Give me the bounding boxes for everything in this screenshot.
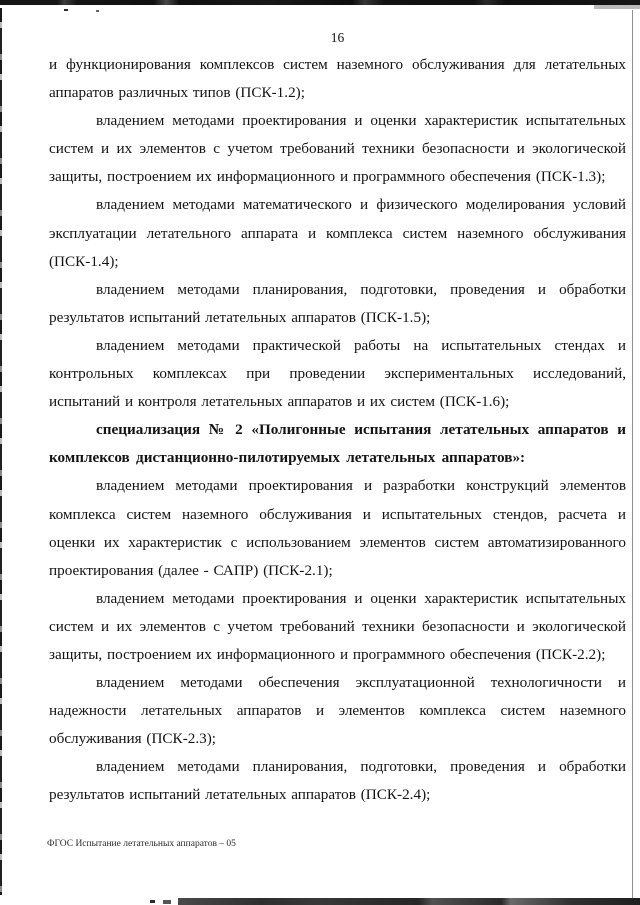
scan-edge-right xyxy=(632,10,634,905)
document-body: и функционирования комплексов систем наз… xyxy=(49,51,626,810)
paragraph-psk-2-2: владением методами проектирования и оцен… xyxy=(49,585,626,669)
paragraph-psk-2-3: владением методами обеспечения эксплуата… xyxy=(49,669,626,753)
scan-edge-top-right xyxy=(594,5,640,9)
scan-speck xyxy=(64,9,68,11)
paragraph-psk-1-2: и функционирования комплексов систем наз… xyxy=(49,51,626,107)
scan-speck xyxy=(163,900,171,904)
paragraph-psk-2-1: владением методами проектирования и разр… xyxy=(49,472,626,584)
document-page: 16 и функционирования комплексов систем … xyxy=(0,0,640,905)
specialization-2-heading: специализация № 2 «Полигонные испытания … xyxy=(49,416,626,472)
paragraph-psk-1-6: владением методами практической работы н… xyxy=(49,332,626,416)
paragraph-psk-2-4: владением методами планирования, подгото… xyxy=(49,753,626,809)
paragraph-psk-1-4: владением методами математического и физ… xyxy=(49,191,626,275)
paragraph-psk-1-3: владением методами проектирования и оцен… xyxy=(49,107,626,191)
paragraph-psk-1-5: владением методами планирования, подгото… xyxy=(49,276,626,332)
scan-speck xyxy=(96,10,99,12)
footer-document-id: ФГОС Испытание летательных аппаратов – 0… xyxy=(47,839,236,849)
scan-edge-left xyxy=(0,8,2,895)
scan-edge-top xyxy=(0,0,640,5)
page-number: 16 xyxy=(50,30,625,46)
scan-speck xyxy=(150,900,155,903)
scan-edge-bottom xyxy=(178,898,640,905)
